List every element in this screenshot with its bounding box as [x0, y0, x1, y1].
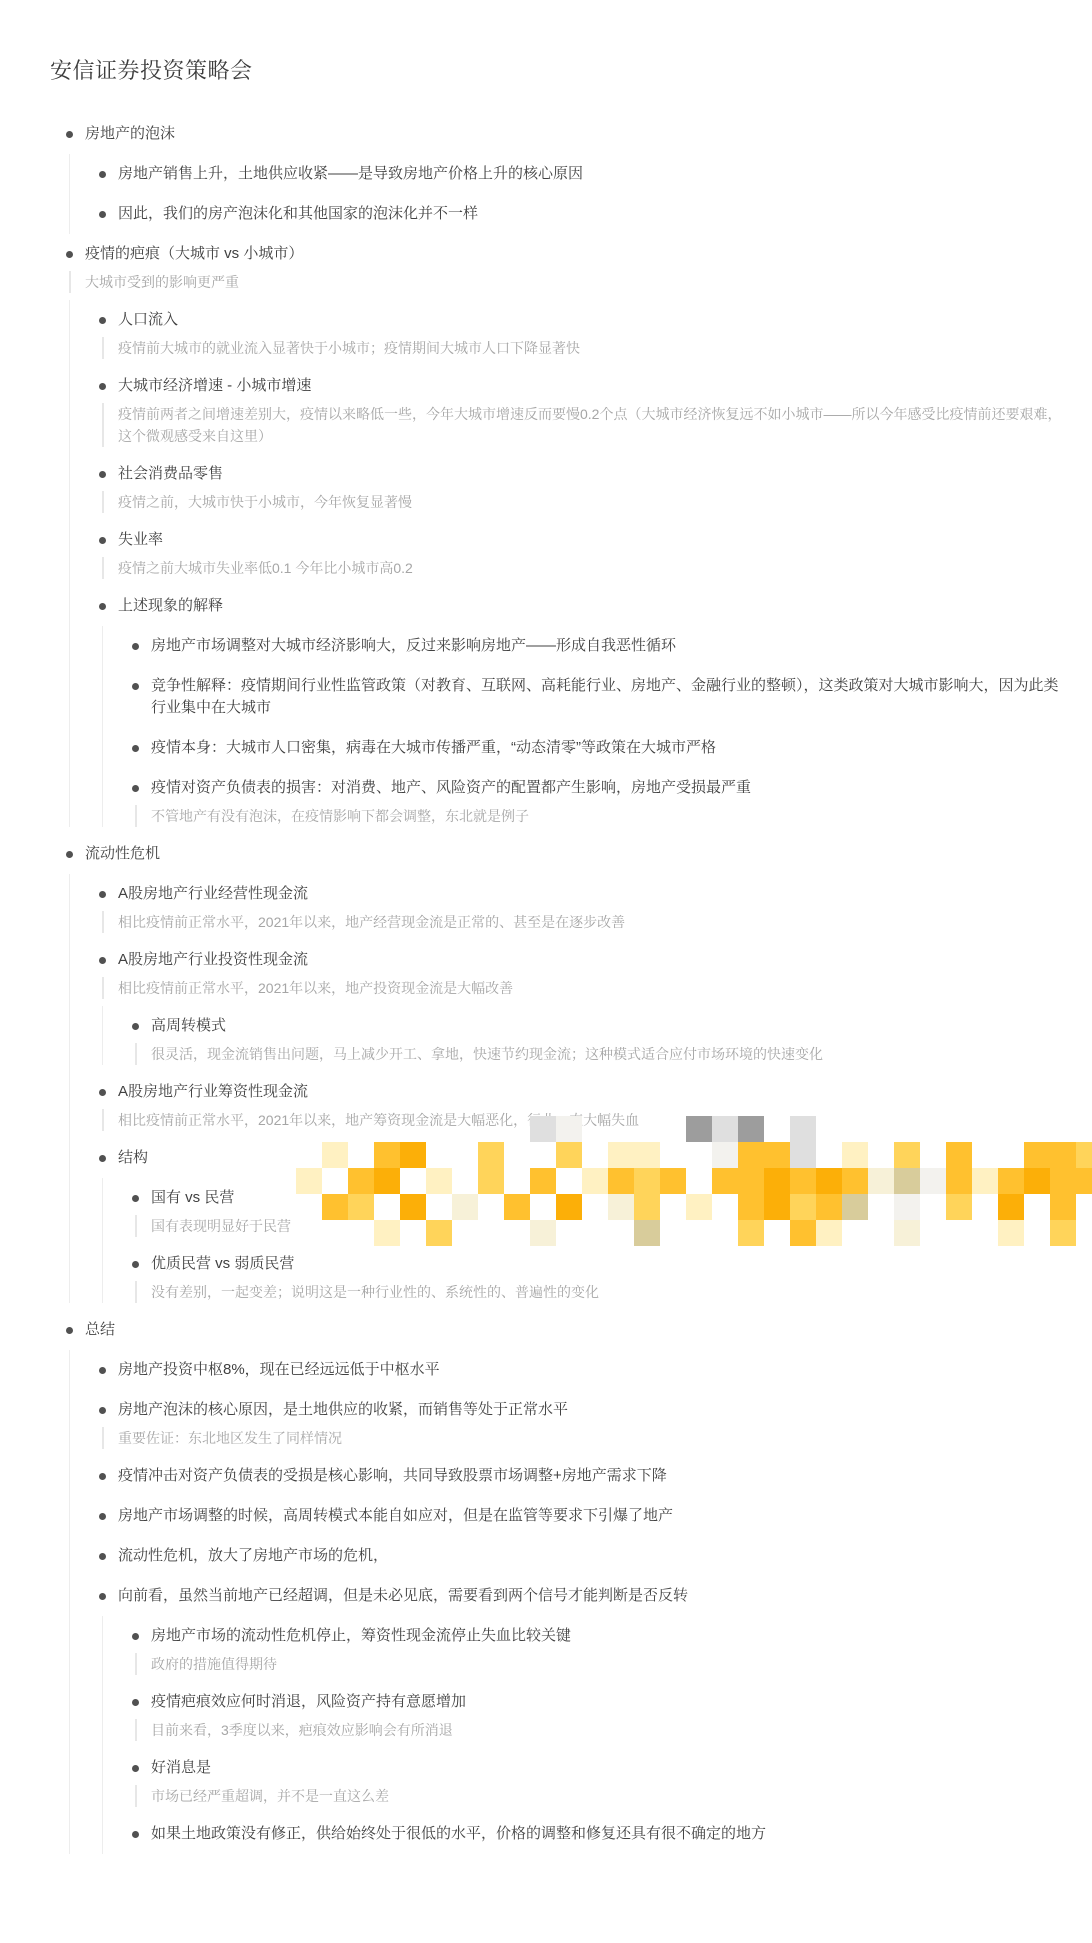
bullet-icon[interactable] [99, 537, 106, 544]
outline-children: 房地产销售上升，土地供应收紧——是导致房地产价格上升的核心原因因此，我们的房产泡… [69, 154, 1062, 234]
outline-item-row[interactable]: 房地产泡沫的核心原因，是土地供应的收紧，而销售等处于正常水平 [99, 1390, 1062, 1430]
outline-item-note[interactable]: 没有差别，一起变差；说明这是一种行业性的、系统性的、普遍性的变化 [135, 1281, 1062, 1303]
outline-item-row[interactable]: 疫情本身：大城市人口密集，病毒在大城市传播严重，“动态清零”等政策在大城市严格 [132, 728, 1062, 768]
outline-item: 人口流入疫情前大城市的就业流入显著快于小城市；疫情期间大城市人口下降显著快 [99, 300, 1062, 359]
outline-item-row[interactable]: 人口流入 [99, 300, 1062, 340]
bullet-icon[interactable] [99, 891, 106, 898]
outline-item-row[interactable]: 疫情对资产负债表的损害：对消费、地产、风险资产的配置都产生影响，房地产受损最严重 [132, 768, 1062, 808]
outline-item-text[interactable]: 疫情的疤痕（大城市 vs 小城市） [85, 243, 1062, 265]
outline-item: 上述现象的解释房地产市场调整对大城市经济影响大，反过来影响房地产——形成自我恶性… [99, 586, 1062, 827]
bullet-icon[interactable] [99, 1473, 106, 1480]
bullet-icon[interactable] [132, 745, 139, 752]
outline-item-row[interactable]: 竞争性解释：疫情期间行业性监管政策（对教育、互联网、高耗能行业、房地产、金融行业… [132, 666, 1062, 728]
outline-item-row[interactable]: 优质民营 vs 弱质民营 [132, 1244, 1062, 1284]
outline-item: 房地产泡沫的核心原因，是土地供应的收紧，而销售等处于正常水平重要佐证：东北地区发… [99, 1390, 1062, 1449]
outline-item-row[interactable]: A股房地产行业投资性现金流 [99, 940, 1062, 980]
bullet-icon[interactable] [99, 603, 106, 610]
bullet-icon[interactable] [132, 1699, 139, 1706]
bullet-icon[interactable] [99, 383, 106, 390]
bullet-icon[interactable] [132, 1261, 139, 1268]
outline-item-note[interactable]: 相比疫情前正常水平，2021年以来，地产经营现金流是正常的、甚至是在逐步改善 [102, 911, 1062, 933]
bullet-icon[interactable] [132, 1831, 139, 1838]
bullet-icon[interactable] [132, 1195, 139, 1202]
outline-item-row[interactable]: 房地产投资中枢8%，现在已经远远低于中枢水平 [99, 1350, 1062, 1390]
bullet-icon[interactable] [132, 785, 139, 792]
outline-item-text[interactable]: 疫情冲击对资产负债表的受损是核心影响，共同导致股票市场调整+房地产需求下降 [118, 1465, 1062, 1487]
outline-item-text[interactable]: 向前看，虽然当前地产已经超调，但是未必见底，需要看到两个信号才能判断是否反转 [118, 1585, 1062, 1607]
outline-children: 国有 vs 民营国有表现明显好于民营优质民营 vs 弱质民营没有差别，一起变差；… [102, 1178, 1062, 1303]
outline-item-row[interactable]: 流动性危机，放大了房地产市场的危机， [99, 1536, 1062, 1576]
outline-item-text[interactable]: 人口流入 [118, 309, 1062, 331]
page-title[interactable]: 安信证券投资策略会 [50, 56, 1062, 86]
outline-item-row[interactable]: 结构 [99, 1138, 1062, 1178]
bullet-icon[interactable] [132, 683, 139, 690]
outline-item-text[interactable]: 优质民营 vs 弱质民营 [151, 1253, 1062, 1275]
outline-item-text[interactable]: 房地产的泡沫 [85, 123, 1062, 145]
outline-item-text[interactable]: 社会消费品零售 [118, 463, 1062, 485]
outline-item-text[interactable]: 高周转模式 [151, 1015, 1062, 1037]
document-page: { "page": { "title": "安信证券投资策略会" }, "out… [0, 0, 1092, 1943]
outline-item: 因此，我们的房产泡沫化和其他国家的泡沫化并不一样 [99, 194, 1062, 234]
bullet-icon[interactable] [132, 1633, 139, 1640]
outline-item-text[interactable]: A股房地产行业筹资性现金流 [118, 1081, 1062, 1103]
outline-item-text[interactable]: 流动性危机，放大了房地产市场的危机， [118, 1545, 1062, 1567]
outline-item-text[interactable]: 好消息是 [151, 1757, 1062, 1779]
outline-children: A股房地产行业经营性现金流相比疫情前正常水平，2021年以来，地产经营现金流是正… [69, 874, 1062, 1303]
outline-item-note[interactable]: 疫情之前大城市失业率低0.1 今年比小城市高0.2 [102, 557, 1062, 579]
outline-item: 房地产销售上升，土地供应收紧——是导致房地产价格上升的核心原因 [99, 154, 1062, 194]
outline-item-row[interactable]: 好消息是 [132, 1748, 1062, 1788]
outline-item-text[interactable]: 失业率 [118, 529, 1062, 551]
outline-item-text[interactable]: 房地产销售上升，土地供应收紧——是导致房地产价格上升的核心原因 [118, 163, 1062, 185]
outline-item-row[interactable]: A股房地产行业经营性现金流 [99, 874, 1062, 914]
outline-item-text[interactable]: 疫情对资产负债表的损害：对消费、地产、风险资产的配置都产生影响，房地产受损最严重 [151, 777, 1062, 799]
outline-item: 房地产市场调整的时候，高周转模式本能自如应对，但是在监管等要求下引爆了地产 [99, 1496, 1062, 1536]
outline-item-note[interactable]: 重要佐证：东北地区发生了同样情况 [102, 1427, 1062, 1449]
outline-item-text[interactable]: 结构 [118, 1147, 1062, 1169]
bullet-icon[interactable] [99, 1407, 106, 1414]
bullet-icon[interactable] [66, 851, 73, 858]
outline-item-row[interactable]: 大城市经济增速 - 小城市增速 [99, 366, 1062, 406]
outline-item-text[interactable]: 竞争性解释：疫情期间行业性监管政策（对教育、互联网、高耗能行业、房地产、金融行业… [151, 675, 1062, 719]
outline-item: 房地产投资中枢8%，现在已经远远低于中枢水平 [99, 1350, 1062, 1390]
outline-item: 高周转模式很灵活，现金流销售出问题，马上减少开工、拿地，快速节约现金流；这种模式… [132, 1006, 1062, 1065]
outline-item-row[interactable]: 总结 [66, 1310, 1062, 1350]
outline-item-text[interactable]: 疫情疤痕效应何时消退，风险资产持有意愿增加 [151, 1691, 1062, 1713]
outline-item: 结构国有 vs 民营国有表现明显好于民营优质民营 vs 弱质民营没有差别，一起变… [99, 1138, 1062, 1303]
outline-item-row[interactable]: A股房地产行业筹资性现金流 [99, 1072, 1062, 1112]
outline-item-row[interactable]: 社会消费品零售 [99, 454, 1062, 494]
outline-item-row[interactable]: 房地产销售上升，土地供应收紧——是导致房地产价格上升的核心原因 [99, 154, 1062, 194]
outline-item: 流动性危机，放大了房地产市场的危机， [99, 1536, 1062, 1576]
outline-item-text[interactable]: 流动性危机 [85, 843, 1062, 865]
outline-item: 国有 vs 民营国有表现明显好于民营 [132, 1178, 1062, 1237]
outline-item: 如果土地政策没有修正，供给始终处于很低的水平，价格的调整和修复还具有很不确定的地… [132, 1814, 1062, 1854]
notes-document: 安信证券投资策略会 房地产的泡沫房地产销售上升，土地供应收紧——是导致房地产价格… [0, 0, 1092, 1854]
outline-item-row[interactable]: 高周转模式 [132, 1006, 1062, 1046]
outline-item-text[interactable]: A股房地产行业投资性现金流 [118, 949, 1062, 971]
outline-item: 房地产市场调整对大城市经济影响大，反过来影响房地产——形成自我恶性循环 [132, 626, 1062, 666]
outline-item: 房地产的泡沫房地产销售上升，土地供应收紧——是导致房地产价格上升的核心原因因此，… [66, 114, 1062, 234]
outline-item-text[interactable]: 房地产市场调整对大城市经济影响大，反过来影响房地产——形成自我恶性循环 [151, 635, 1062, 657]
outline-item-note[interactable]: 很灵活，现金流销售出问题，马上减少开工、拿地，快速节约现金流；这种模式适合应付市… [135, 1043, 1062, 1065]
outline-item-text[interactable]: 国有 vs 民营 [151, 1187, 1062, 1209]
outline-item: 好消息是市场已经严重超调，并不是一直这么差 [132, 1748, 1062, 1807]
outline-item-text[interactable]: 疫情本身：大城市人口密集，病毒在大城市传播严重，“动态清零”等政策在大城市严格 [151, 737, 1062, 759]
outline-item: 优质民营 vs 弱质民营没有差别，一起变差；说明这是一种行业性的、系统性的、普遍… [132, 1244, 1062, 1303]
outline-item-note[interactable]: 不管地产有没有泡沫，在疫情影响下都会调整，东北就是例子 [135, 805, 1062, 827]
bullet-icon[interactable] [66, 251, 73, 258]
outline-item: 竞争性解释：疫情期间行业性监管政策（对教育、互联网、高耗能行业、房地产、金融行业… [132, 666, 1062, 728]
outline-item-row[interactable]: 疫情的疤痕（大城市 vs 小城市） [66, 234, 1062, 274]
outline-item-row[interactable]: 房地产市场的流动性危机停止，筹资性现金流停止失血比较关键 [132, 1616, 1062, 1656]
outline-item-row[interactable]: 失业率 [99, 520, 1062, 560]
bullet-icon[interactable] [99, 1513, 106, 1520]
outline-item: 疫情冲击对资产负债表的受损是核心影响，共同导致股票市场调整+房地产需求下降 [99, 1456, 1062, 1496]
outline-item-row[interactable]: 如果土地政策没有修正，供给始终处于很低的水平，价格的调整和修复还具有很不确定的地… [132, 1814, 1062, 1854]
outline-item: 疫情疤痕效应何时消退，风险资产持有意愿增加目前来看，3季度以来，疤痕效应影响会有… [132, 1682, 1062, 1741]
outline-children: 房地产市场的流动性危机停止，筹资性现金流停止失血比较关键政府的措施值得期待疫情疤… [102, 1616, 1062, 1854]
bullet-icon[interactable] [132, 1765, 139, 1772]
bullet-icon[interactable] [99, 1553, 106, 1560]
outline-item-row[interactable]: 房地产市场调整的时候，高周转模式本能自如应对，但是在监管等要求下引爆了地产 [99, 1496, 1062, 1536]
outline-item-note[interactable]: 国有表现明显好于民营 [135, 1215, 1062, 1237]
outline-children: 人口流入疫情前大城市的就业流入显著快于小城市；疫情期间大城市人口下降显著快大城市… [69, 300, 1062, 827]
outline-item: 房地产市场的流动性危机停止，筹资性现金流停止失血比较关键政府的措施值得期待 [132, 1616, 1062, 1675]
outline-item-text[interactable]: 房地产市场调整的时候，高周转模式本能自如应对，但是在监管等要求下引爆了地产 [118, 1505, 1062, 1527]
outline-item-note[interactable]: 疫情前大城市的就业流入显著快于小城市；疫情期间大城市人口下降显著快 [102, 337, 1062, 359]
outline-item: A股房地产行业经营性现金流相比疫情前正常水平，2021年以来，地产经营现金流是正… [99, 874, 1062, 933]
outline-item-text[interactable]: 因此，我们的房产泡沫化和其他国家的泡沫化并不一样 [118, 203, 1062, 225]
outline-item-text[interactable]: 大城市经济增速 - 小城市增速 [118, 375, 1062, 397]
outline-item-text[interactable]: A股房地产行业经营性现金流 [118, 883, 1062, 905]
outline-item-note[interactable]: 市场已经严重超调，并不是一直这么差 [135, 1785, 1062, 1807]
outline-item: 社会消费品零售疫情之前，大城市快于小城市，今年恢复显著慢 [99, 454, 1062, 513]
outline-item-text[interactable]: 房地产投资中枢8%，现在已经远远低于中枢水平 [118, 1359, 1062, 1381]
outline-item-text[interactable]: 如果土地政策没有修正，供给始终处于很低的水平，价格的调整和修复还具有很不确定的地… [151, 1823, 1062, 1845]
outline-item: 疫情对资产负债表的损害：对消费、地产、风险资产的配置都产生影响，房地产受损最严重… [132, 768, 1062, 827]
outline-item-row[interactable]: 疫情疤痕效应何时消退，风险资产持有意愿增加 [132, 1682, 1062, 1722]
outline-item-text[interactable]: 房地产泡沫的核心原因，是土地供应的收紧，而销售等处于正常水平 [118, 1399, 1062, 1421]
outline-item-note[interactable]: 疫情前两者之间增速差别大，疫情以来略低一些，今年大城市增速反而要慢0.2个点（大… [102, 403, 1062, 447]
outline-item: 大城市经济增速 - 小城市增速疫情前两者之间增速差别大，疫情以来略低一些，今年大… [99, 366, 1062, 447]
outline-item: A股房地产行业筹资性现金流相比疫情前正常水平，2021年以来，地产筹资现金流是大… [99, 1072, 1062, 1131]
outline-item-note[interactable]: 相比疫情前正常水平，2021年以来，地产筹资现金流是大幅恶化，行业一直大幅失血 [102, 1109, 1062, 1131]
outline-item-row[interactable]: 房地产市场调整对大城市经济影响大，反过来影响房地产——形成自我恶性循环 [132, 626, 1062, 666]
outline-item-note[interactable]: 政府的措施值得期待 [135, 1653, 1062, 1675]
bullet-icon[interactable] [66, 131, 73, 138]
outline-item-row[interactable]: 房地产的泡沫 [66, 114, 1062, 154]
outline-item-row[interactable]: 疫情冲击对资产负债表的受损是核心影响，共同导致股票市场调整+房地产需求下降 [99, 1456, 1062, 1496]
bullet-icon[interactable] [99, 317, 106, 324]
bullet-icon[interactable] [99, 171, 106, 178]
outline-item-note[interactable]: 相比疫情前正常水平，2021年以来，地产投资现金流是大幅改善 [102, 977, 1062, 999]
outline-root: 房地产的泡沫房地产销售上升，土地供应收紧——是导致房地产价格上升的核心原因因此，… [66, 114, 1062, 1854]
outline-item-text[interactable]: 房地产市场的流动性危机停止，筹资性现金流停止失血比较关键 [151, 1625, 1062, 1647]
outline-item-note[interactable]: 目前来看，3季度以来，疤痕效应影响会有所消退 [135, 1719, 1062, 1741]
outline-item-note[interactable]: 大城市受到的影响更严重 [69, 271, 1062, 293]
outline-item: 疫情的疤痕（大城市 vs 小城市）大城市受到的影响更严重人口流入疫情前大城市的就… [66, 234, 1062, 827]
bullet-icon[interactable] [99, 957, 106, 964]
outline-item-text[interactable]: 总结 [85, 1319, 1062, 1341]
bullet-icon[interactable] [132, 1023, 139, 1030]
outline-children: 房地产投资中枢8%，现在已经远远低于中枢水平房地产泡沫的核心原因，是土地供应的收… [69, 1350, 1062, 1854]
outline-item: 失业率疫情之前大城市失业率低0.1 今年比小城市高0.2 [99, 520, 1062, 579]
outline-item-row[interactable]: 因此，我们的房产泡沫化和其他国家的泡沫化并不一样 [99, 194, 1062, 234]
outline-item: 总结房地产投资中枢8%，现在已经远远低于中枢水平房地产泡沫的核心原因，是土地供应… [66, 1310, 1062, 1854]
outline-item-row[interactable]: 流动性危机 [66, 834, 1062, 874]
outline-children: 房地产市场调整对大城市经济影响大，反过来影响房地产——形成自我恶性循环竞争性解释… [102, 626, 1062, 827]
outline-item: 疫情本身：大城市人口密集，病毒在大城市传播严重，“动态清零”等政策在大城市严格 [132, 728, 1062, 768]
outline-item-row[interactable]: 国有 vs 民营 [132, 1178, 1062, 1218]
bullet-icon[interactable] [132, 643, 139, 650]
outline-item-note[interactable]: 疫情之前，大城市快于小城市，今年恢复显著慢 [102, 491, 1062, 513]
outline-item: 流动性危机A股房地产行业经营性现金流相比疫情前正常水平，2021年以来，地产经营… [66, 834, 1062, 1303]
bullet-icon[interactable] [99, 1155, 106, 1162]
bullet-icon[interactable] [99, 1593, 106, 1600]
outline-item-text[interactable]: 上述现象的解释 [118, 595, 1062, 617]
outline-item: 向前看，虽然当前地产已经超调，但是未必见底，需要看到两个信号才能判断是否反转房地… [99, 1576, 1062, 1854]
bullet-icon[interactable] [99, 211, 106, 218]
outline-item-row[interactable]: 向前看，虽然当前地产已经超调，但是未必见底，需要看到两个信号才能判断是否反转 [99, 1576, 1062, 1616]
outline-children: 高周转模式很灵活，现金流销售出问题，马上减少开工、拿地，快速节约现金流；这种模式… [102, 1006, 1062, 1065]
outline-item-row[interactable]: 上述现象的解释 [99, 586, 1062, 626]
bullet-icon[interactable] [99, 1089, 106, 1096]
bullet-icon[interactable] [99, 1367, 106, 1374]
outline-item: A股房地产行业投资性现金流相比疫情前正常水平，2021年以来，地产投资现金流是大… [99, 940, 1062, 1065]
bullet-icon[interactable] [99, 471, 106, 478]
bullet-icon[interactable] [66, 1327, 73, 1334]
